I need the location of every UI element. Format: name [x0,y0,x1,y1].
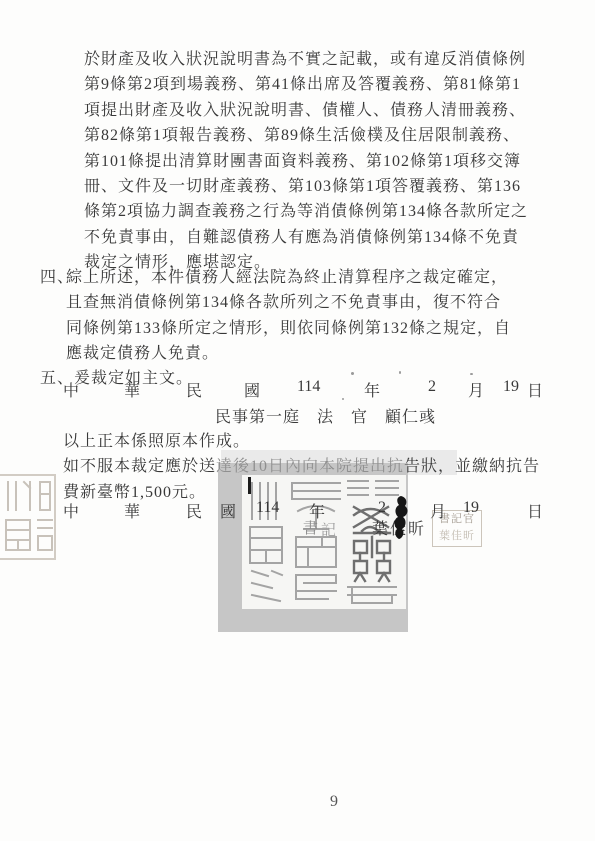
date-day-num: 19 [503,378,519,396]
date-char: 日 [527,378,543,401]
body-line: 且查無消債條例第134條各款所列之不免責事由，復不符合 [66,290,536,315]
body-line: 第9條第2項到場義務、第41條出席及答覆義務、第81條第1 [84,72,546,97]
body-line: 條第2項協力調查義務之行為等消債條例第134條各款所定之 [84,199,546,224]
date-year: 114 [297,378,320,396]
clerk-stamp-name: 葉佳昕 [433,528,481,545]
date-day-num: 19 [463,499,479,517]
date-year: 114 [256,499,279,517]
date-line-ruling: 中 華 民 國 114 年 2 月 19 日 [0,378,595,402]
judge-signature-line: 民事第一庭法官顧仁彧 [215,404,436,427]
date-char: 國 [220,499,236,522]
judge-name: 顧仁彧 [385,409,436,426]
body-line: 綜上所述，本件債務人經法院為終止清算程序之裁定確定， [66,265,536,290]
court-division: 民事第一庭 [215,409,300,426]
scan-speck [351,372,354,375]
date-month-num: 2 [378,499,386,517]
date-char: 年 [364,378,380,401]
body-line: 第101條提出清算財團書面資料義務、第102條第1項移交簿 [84,149,546,174]
court-seal-icon [242,475,406,609]
appeal-text-faded: 達後10日內向本院提出抗 [216,458,404,475]
date-line-certified: 中 華 民 國 114 年 2 月 19 日 [0,499,595,523]
body-line: 同條例第133條所定之情形，則依同條例第132條之規定，自 [66,316,536,341]
date-char: 民 [186,378,202,401]
ink-mark-bar [248,477,251,494]
judge-title: 法 [317,409,334,426]
court-ruling-page: 於財產及收入狀況說明書為不實之記載，或有違反消債條例 第9條第2項到場義務、第4… [0,0,595,841]
date-char: 月 [430,499,446,522]
clerk-title-char: 書 [303,517,318,538]
date-month-num: 2 [428,378,436,396]
scan-speck [342,398,344,400]
body-line: 冊、文件及一切財產義務、第103條第1項答覆義務、第136 [84,174,546,199]
paragraph-continuation: 於財產及收入狀況說明書為不實之記載，或有違反消債條例 第9條第2項到場義務、第4… [84,47,546,276]
date-char: 民 [186,499,202,522]
scan-speck [470,373,473,375]
appeal-text-pre: 如不服本裁定應於送 [63,458,216,475]
date-char: 中 [63,378,79,401]
date-char: 華 [124,499,140,522]
body-line: 第82條第1項報告義務、第89條生活儉樸及住居限制義務、 [84,123,546,148]
appeal-text-post: 告狀，並繳納抗告 [404,458,540,475]
body-line: 不免責事由，自難認債務人有應為消債條例第134條不免責 [84,225,546,250]
ink-mark-blob [393,496,411,540]
clerk-title-char: 記 [321,519,336,540]
date-char: 國 [244,378,260,401]
body-line: 於財產及收入狀況說明書為不實之記載，或有違反消債條例 [84,47,546,72]
judge-title: 官 [351,409,368,426]
date-char: 日 [527,499,543,522]
page-number: 9 [330,793,338,811]
item-4-body: 綜上所述，本件債務人經法院為終止清算程序之裁定確定， 且查無消債條例第134條各… [66,265,536,367]
date-char: 中 [63,499,79,522]
scan-speck [399,371,401,374]
date-char: 華 [124,378,140,401]
body-line: 應裁定債務人免責。 [66,341,536,366]
date-char: 月 [468,378,484,401]
body-line: 項提出財產及收入狀況說明書、債權人、債務人清冊義務、 [84,98,546,123]
